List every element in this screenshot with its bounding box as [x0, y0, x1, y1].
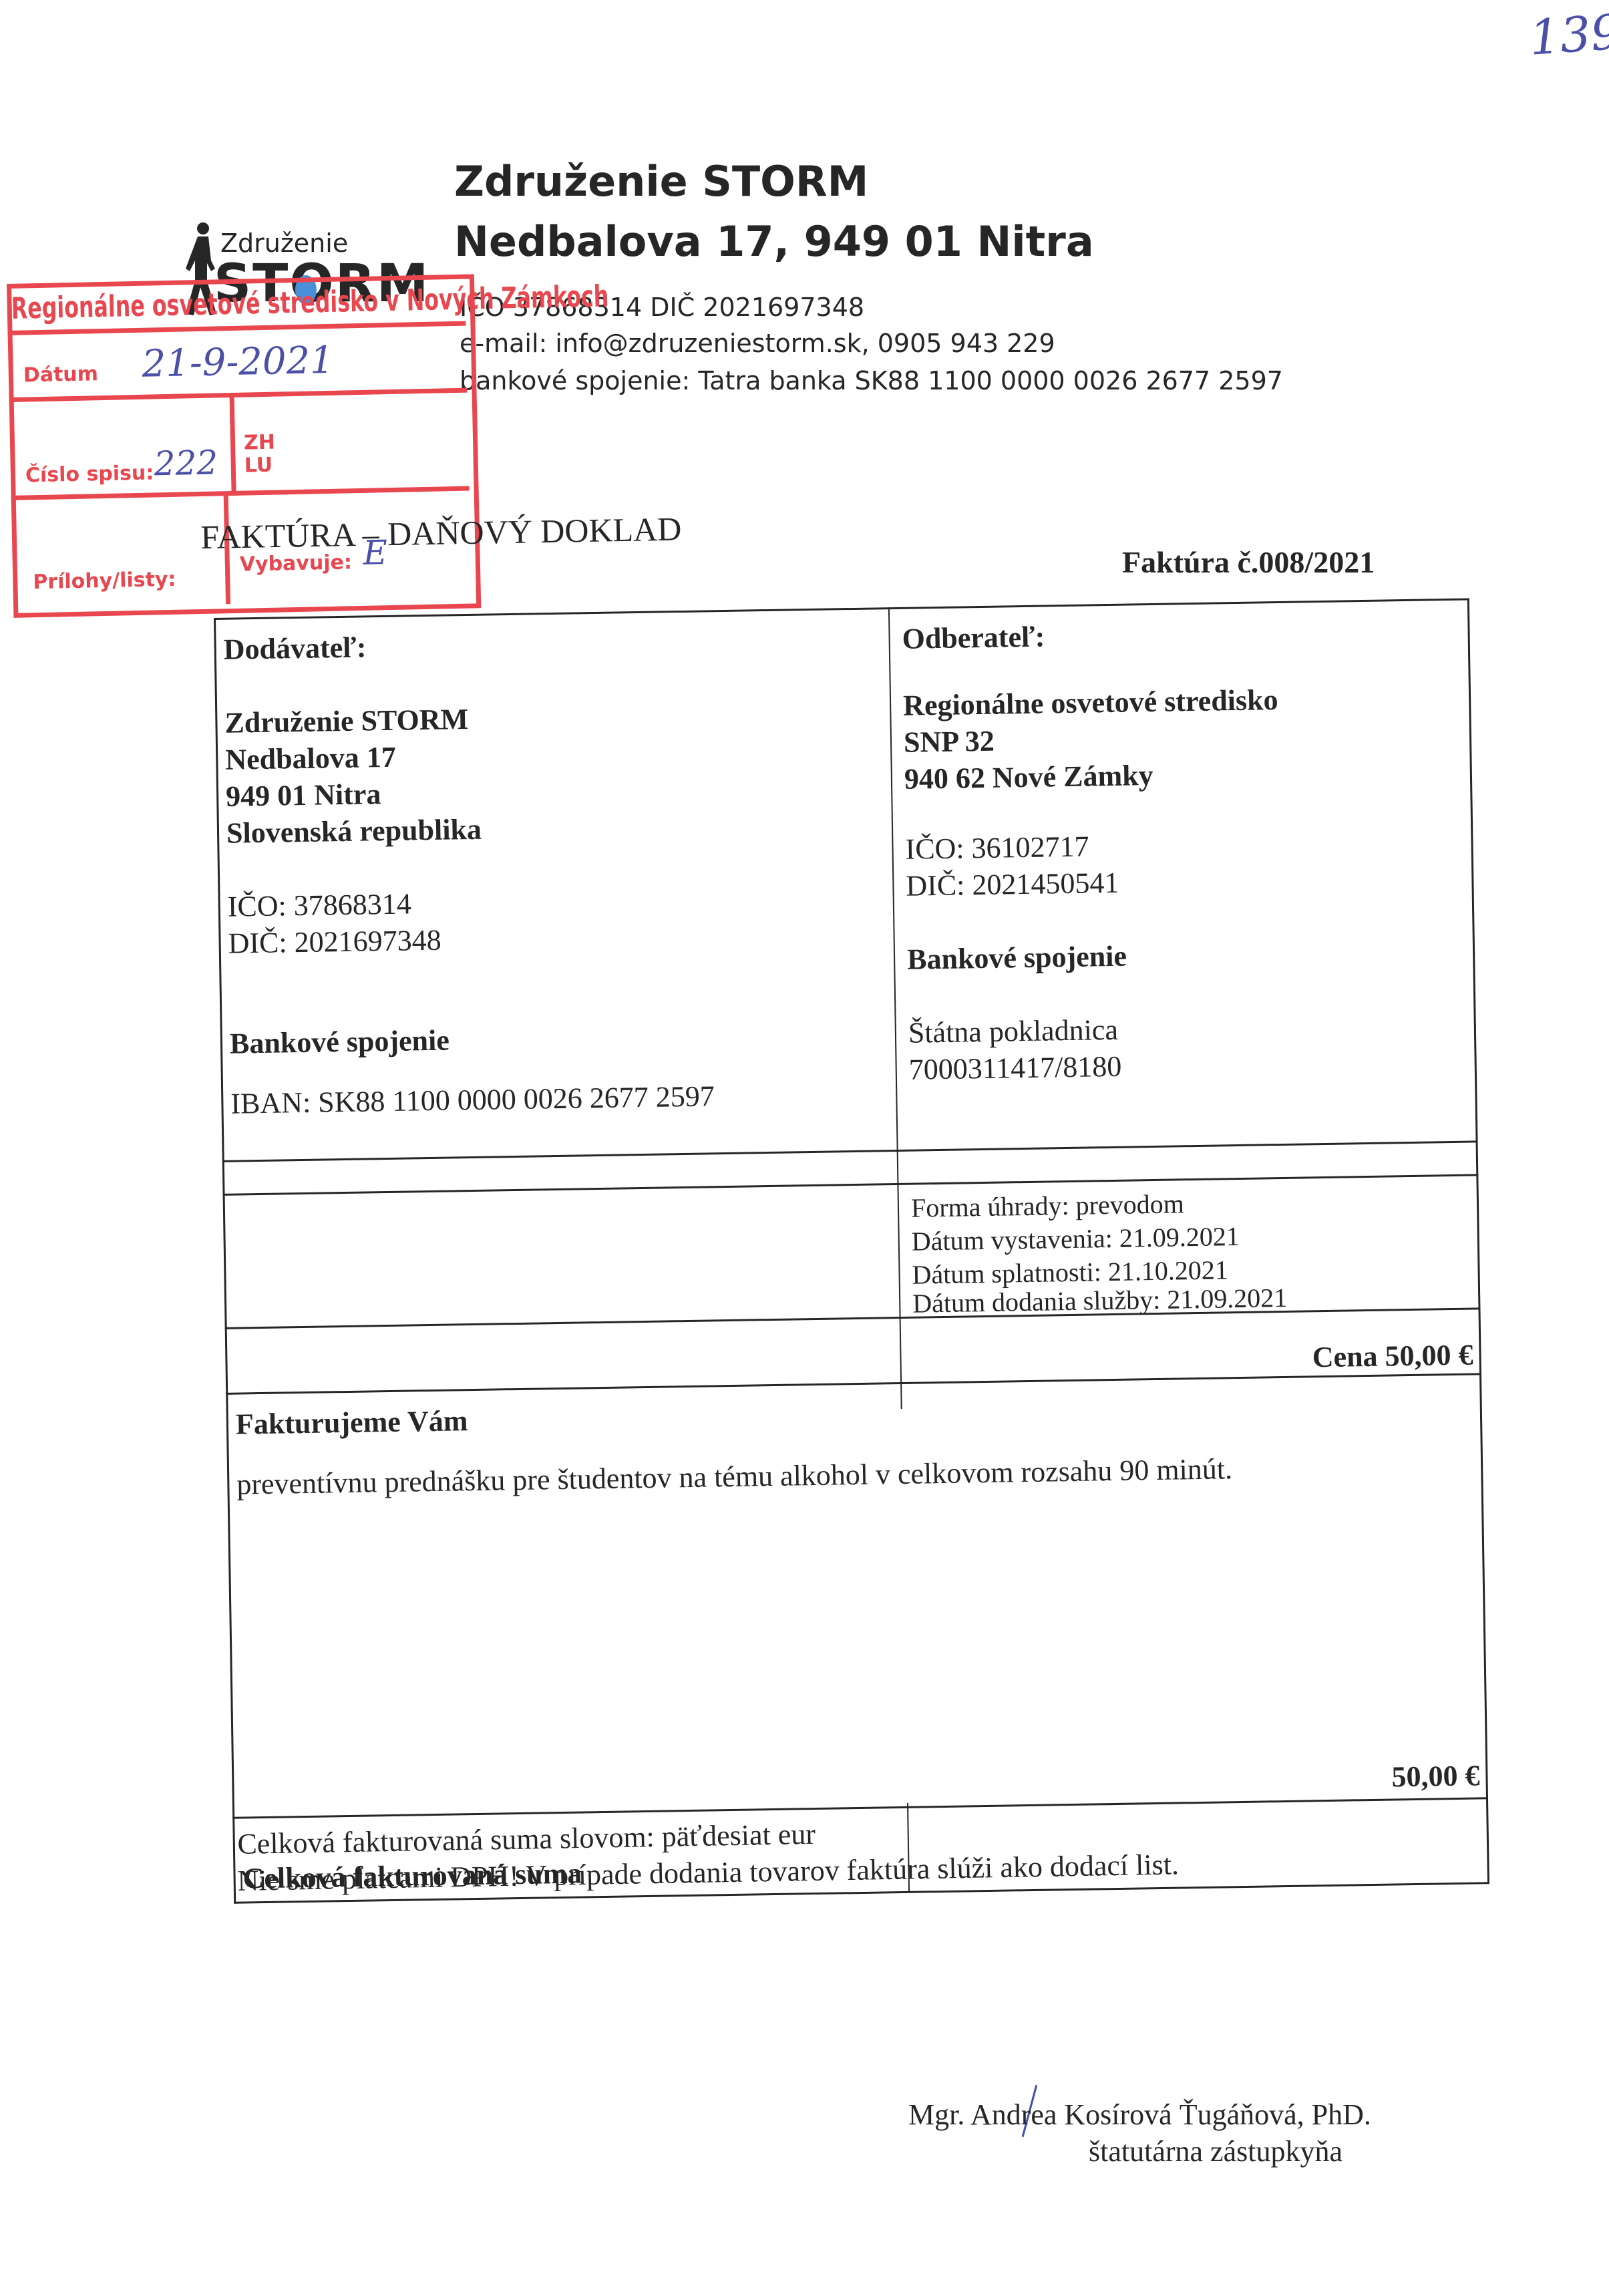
row-divider [225, 1307, 1481, 1329]
supplier-iban: IBAN: SK88 1100 0000 0026 2677 2597 [230, 1078, 715, 1122]
customer-line: SNP 32 [904, 723, 995, 761]
price: Cena 50,00 € [1312, 1337, 1473, 1376]
registry-stamp: Regionálne osvetové stredisko v Nových Z… [7, 274, 481, 618]
stamp-attachments-label: Prílohy/listy: [33, 568, 176, 594]
items-heading: Fakturujeme Vám [236, 1402, 468, 1442]
customer-dic: DIČ: 2021450541 [906, 864, 1119, 905]
stamp-file-value: 222 [154, 443, 218, 483]
supplier-line: Slovenská republika [226, 811, 482, 852]
issue-date: Dátum vystavenia: 21.09.2021 [911, 1220, 1240, 1259]
customer-bank-name: Štátna pokladnica [908, 1011, 1118, 1051]
customer-account: 7000311417/8180 [908, 1048, 1121, 1088]
supplier-heading: Dodávateľ: [223, 629, 367, 667]
delivery-date: Dátum dodania služby: 21.09.2021 [912, 1283, 1288, 1319]
supplier-bank-heading: Bankové spojenie [230, 1022, 450, 1062]
row-divider [232, 1797, 1488, 1819]
customer-heading: Odberateľ: [902, 618, 1045, 657]
row-divider [222, 1140, 1478, 1162]
payment-method: Forma úhrady: prevodom [911, 1187, 1185, 1224]
customer-line: 940 62 Nové Zámky [904, 757, 1153, 798]
row-divider [226, 1373, 1481, 1395]
company-name: Združenie STORM [454, 157, 868, 206]
row-divider [223, 1174, 1479, 1196]
total-value: 50,00 € [1391, 1757, 1480, 1795]
page-number-handwritten: 139 [1528, 3, 1609, 65]
company-address: Nedbalova 17, 949 01 Nitra [454, 217, 1094, 266]
supplier-line: 949 01 Nitra [226, 776, 381, 815]
invoice-table: Dodávateľ: Združenie STORM Nedbalova 17 … [214, 598, 1489, 1903]
document-title: FAKTÚRA – DAŇOVÝ DOKLAD [200, 509, 682, 556]
stamp-date-label: Dátum [23, 362, 99, 387]
customer-ico: IČO: 36102717 [905, 828, 1089, 867]
supplier-line: Nedbalova 17 [225, 739, 396, 778]
stamp-code-zh: ZH [244, 431, 276, 455]
company-contact: e-mail: info@zdruzeniestorm.sk, 0905 943… [460, 329, 1055, 358]
table-border [1467, 598, 1489, 1884]
stamp-file-label: Číslo spisu: [25, 461, 154, 487]
supplier-dic: DIČ: 2021697348 [228, 922, 441, 962]
stamp-code-lu: LU [244, 454, 273, 478]
signatory-name: Mgr. Andrea Kosírová Ťugáňová, PhD. [908, 2098, 1371, 2132]
column-divider [888, 607, 902, 1409]
invoice-number: Faktúra č.008/2021 [1122, 544, 1375, 580]
supplier-line: Združenie STORM [224, 701, 468, 742]
stamp-date-value: 21-9-2021 [142, 339, 335, 386]
supplier-ico: IČO: 37868314 [227, 885, 411, 925]
signatory-role: štatutárna zástupkyňa [1089, 2134, 1343, 2168]
company-bank: bankové spojenie: Tatra banka SK88 1100 … [460, 366, 1283, 395]
item-description: preventívnu prednášku pre študentov na t… [236, 1450, 1232, 1502]
customer-line: Regionálne osvetové stredisko [903, 681, 1278, 724]
customer-bank-heading: Bankové spojenie [907, 938, 1127, 978]
